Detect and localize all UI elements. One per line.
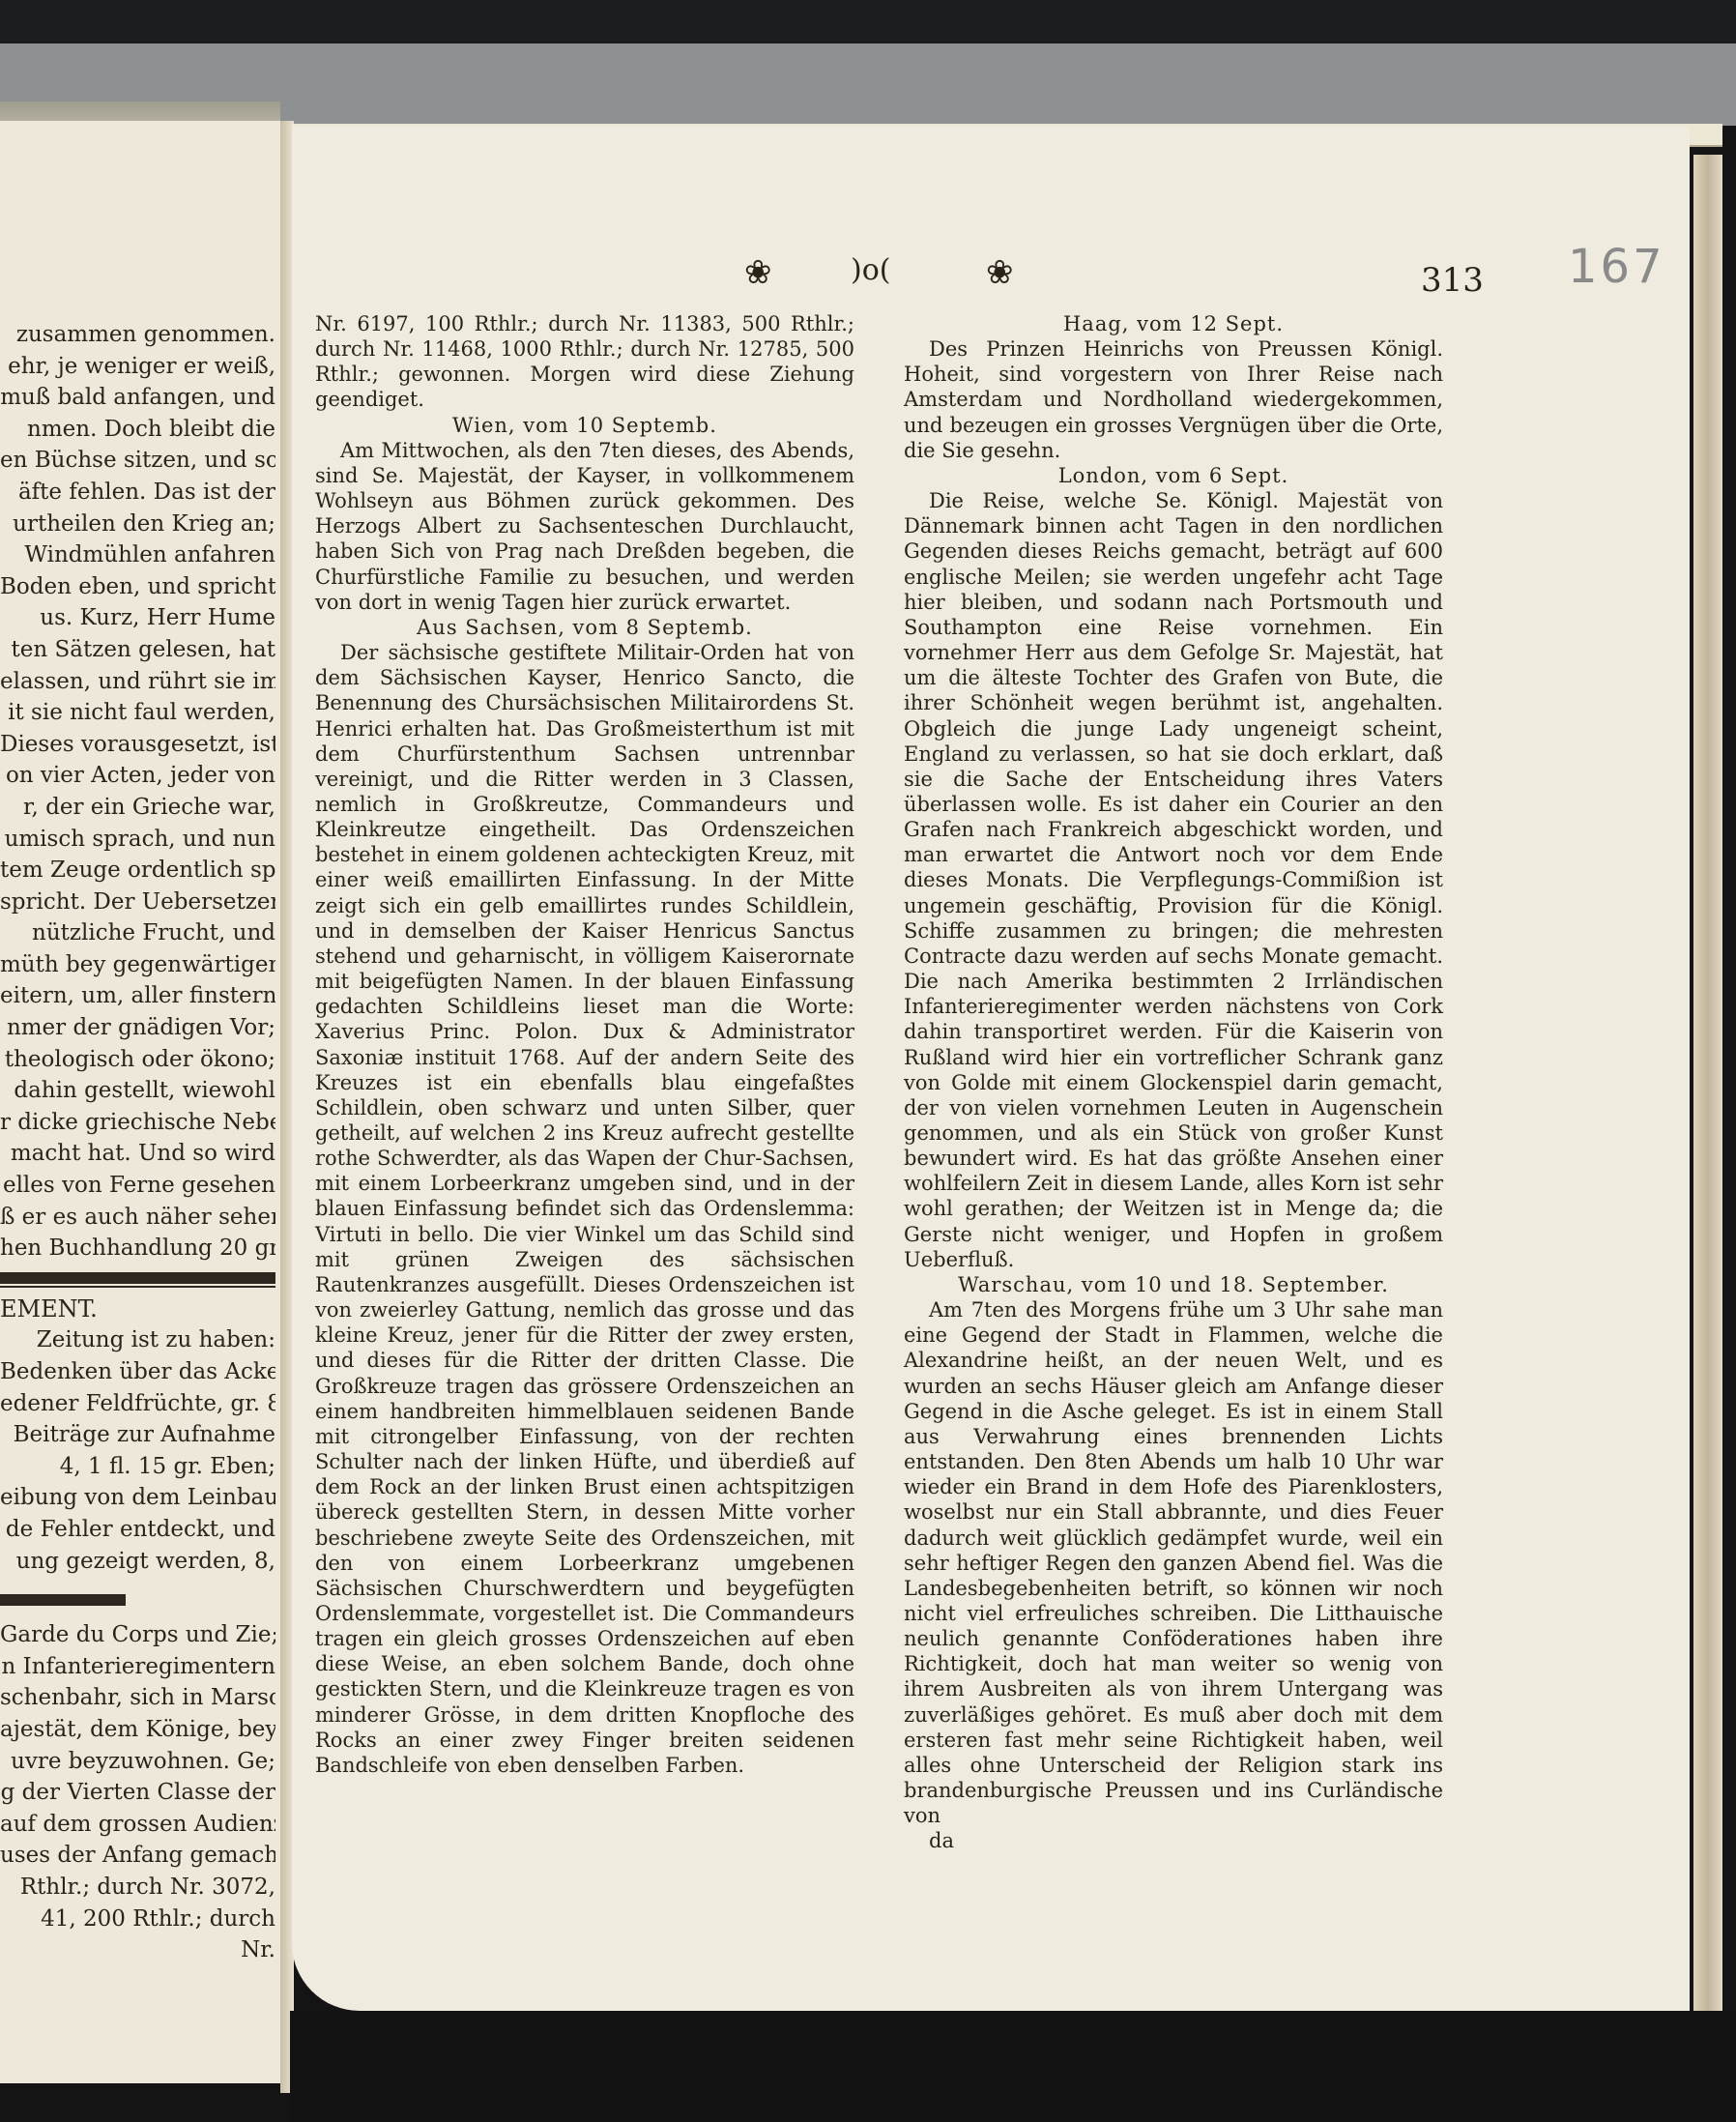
left-bottom-block: Garde du Corps und Zie; n Infanterieregi…: [0, 1619, 275, 1966]
text-line: Beiträge zur Aufnahme: [0, 1419, 275, 1451]
scanner-background-bottom: [290, 2011, 1736, 2122]
text-line: hen Buchhandlung 20 gr.: [0, 1233, 275, 1264]
text-line: äfte fehlen. Das ist der: [0, 477, 275, 509]
text-line: macht hat. Und so wird: [0, 1138, 275, 1170]
left-top-block: zusammen genommen. ehr, je weniger er we…: [0, 319, 275, 1264]
text-line: ß er es auch näher sehen: [0, 1202, 275, 1234]
dateline-warschau: Warschau, vom 10 und 18. September.: [904, 1272, 1443, 1297]
text-line: Dieses vorausgesetzt, ist: [0, 729, 275, 761]
text-line: elassen, und rührt sie im: [0, 666, 275, 698]
text-line: ten Sätzen gelesen, hat: [0, 634, 275, 666]
shell-ornament-icon: ❀: [986, 253, 1014, 292]
text-line: umisch sprach, und nun: [0, 824, 275, 856]
text-line: r dicke griechische Nebel: [0, 1107, 275, 1139]
dateline-london: London, vom 6 Sept.: [904, 463, 1443, 488]
paragraph-london: Die Reise, welche Se. Königl. Majestät v…: [904, 488, 1443, 1272]
text-line: Garde du Corps und Zie;: [0, 1619, 275, 1651]
paragraph-lottery-continued: Nr. 6197, 100 Rthlr.; durch Nr. 11383, 5…: [315, 311, 854, 413]
catchword: Nr.: [0, 1934, 275, 1966]
text-line: de Fehler entdeckt, und: [0, 1514, 275, 1546]
text-line: g der Vierten Classe der: [0, 1777, 275, 1809]
paragraph-warschau: Am 7ten des Morgens frühe um 3 Uhr sahe …: [904, 1297, 1443, 1828]
catchword: da: [904, 1828, 1443, 1853]
text-line: nmen. Doch bleibt die: [0, 414, 275, 446]
text-line: schenbahr, sich in Marsch: [0, 1682, 275, 1714]
text-line: on vier Acten, jeder von: [0, 760, 275, 792]
text-line: nmer der gnädigen Vor;: [0, 1012, 275, 1044]
text-line: Windmühlen anfahren: [0, 539, 275, 571]
text-line: theologisch oder ökono;: [0, 1044, 275, 1076]
text-line: us. Kurz, Herr Hume: [0, 602, 275, 634]
text-line: n Infanterieregimentern: [0, 1651, 275, 1683]
dateline-wien: Wien, vom 10 Septemb.: [315, 413, 854, 438]
paragraph-wien: Am Mittwochen, als den 7ten dieses, des …: [315, 438, 854, 615]
text-line: Boden eben, und spricht:: [0, 571, 275, 603]
section-rule-thin: [0, 1286, 275, 1288]
text-line: nützliche Frucht, und: [0, 917, 275, 949]
column-left: Nr. 6197, 100 Rthlr.; durch Nr. 11383, 5…: [315, 311, 854, 1778]
text-line: dahin gestellt, wiewohl: [0, 1075, 275, 1107]
text-line: ehr, je weniger er weiß,: [0, 351, 275, 383]
text-line: elles von Ferne gesehen: [0, 1170, 275, 1202]
left-ad-block: Zeitung ist zu haben: Bedenken über das …: [0, 1324, 275, 1577]
page-number: 313: [1421, 261, 1484, 300]
section-rule-thick: [0, 1272, 275, 1284]
text-line: en Büchse sitzen, und so: [0, 445, 275, 477]
column-right: Haag, vom 12 Sept. Des Prinzen Heinrichs…: [904, 311, 1443, 1854]
text-line: müth bey gegenwärtigen: [0, 949, 275, 981]
right-page-stack-edges: [1693, 155, 1722, 2011]
dateline-haag: Haag, vom 12 Sept.: [904, 311, 1443, 336]
text-line: urtheilen den Krieg an;: [0, 509, 275, 540]
text-line: eibung von dem Leinbau,: [0, 1482, 275, 1514]
text-line: uses der Anfang gemacht.: [0, 1840, 275, 1872]
text-line: 4, 1 fl. 15 gr. Eben;: [0, 1451, 275, 1483]
header-divider: )o(: [851, 253, 890, 287]
text-line: Bedenken über das Acker;: [0, 1356, 275, 1388]
text-line: Zeitung ist zu haben:: [0, 1324, 275, 1356]
shell-ornament-icon: ❀: [744, 253, 772, 292]
text-line: auf dem grossen Audienz;: [0, 1809, 275, 1841]
text-line: Rthlr.; durch Nr. 3072,: [0, 1872, 275, 1904]
paragraph-haag: Des Prinzen Heinrichs von Preussen König…: [904, 336, 1443, 463]
text-line: 41, 200 Rthlr.; durch: [0, 1904, 275, 1935]
text-line: uvre beyzuwohnen. Ge;: [0, 1746, 275, 1778]
section-rule-short: [0, 1594, 126, 1606]
text-line: tem Zeuge ordentlich spre;: [0, 855, 275, 887]
text-line: it sie nicht faul werden,: [0, 697, 275, 729]
paragraph-sachsen: Der sächsische gestiftete Militair-Orden…: [315, 640, 854, 1778]
text-line: spricht. Der Uebersetzer: [0, 887, 275, 918]
text-line: r, der ein Grieche war,: [0, 792, 275, 824]
text-line: eitern, um, aller finstern: [0, 980, 275, 1012]
text-line: edener Feldfrüchte, gr. 8,: [0, 1388, 275, 1420]
text-line: ung gezeigt werden, 8,: [0, 1546, 275, 1578]
text-line: zusammen genommen.: [0, 319, 275, 351]
archive-pencil-number: 167: [1568, 240, 1665, 294]
advertisement-title: EMENT.: [0, 1294, 275, 1325]
text-line: ajestät, dem Könige, bey: [0, 1714, 275, 1746]
text-line: muß bald anfangen, und: [0, 382, 275, 414]
left-page-text: zusammen genommen. ehr, je weniger er we…: [0, 319, 275, 1966]
dateline-sachsen: Aus Sachsen, vom 8 Septemb.: [315, 615, 854, 640]
